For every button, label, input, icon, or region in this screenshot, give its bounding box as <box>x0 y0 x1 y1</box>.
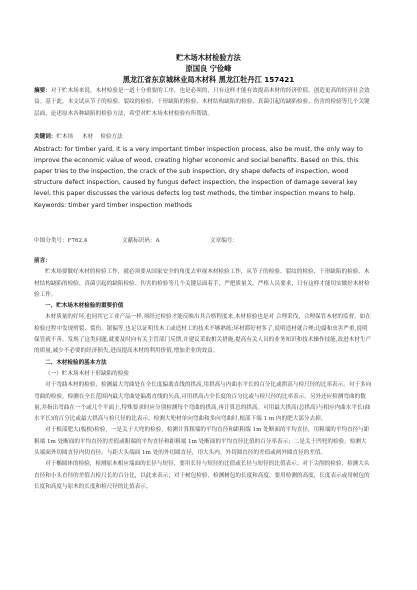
body-text: 前言： 贮木场要做好木材的检验工作，就必须要从国家安全的角度去审视木材检验工作，… <box>34 256 372 493</box>
section1-paragraph: 木材质量的好坏,也同其它工业产品一样,须经过检验才能反映出其合格程度来,木材检验… <box>34 312 372 357</box>
paper-authors: 原国良 宁俭峰 <box>0 64 417 74</box>
document-code: 文献标识码：A <box>122 236 160 244</box>
abstract-en: Abstract: for timber yard, it is a very … <box>34 144 372 199</box>
article-number: 文章编号： <box>210 236 238 244</box>
clc-number: 中图分类号：F762.4 <box>34 236 87 244</box>
paper-title: 贮木场木材检验方法 <box>0 53 417 63</box>
paragraph-butt: 对于根部肥大(板根)检验，一是关于大兜的检验，检测计算粗端的平均直径和距粗端 1… <box>34 425 372 459</box>
paragraph-ellipse: 对于椭圆体的检验，检测原木相应端面的长径与短径，要用长径与短径的比值或长径与短径… <box>34 459 372 493</box>
section1-heading: 一、贮木场木材检验的重要价值 <box>34 301 372 312</box>
keywords-cn-text: 贮木场 木材 检验方法 <box>56 134 122 140</box>
abstract-cn-label: 摘要： <box>34 88 51 94</box>
paragraph-bend: 对于弯曲木材的检验，检测最大弯曲处在全长度偏离直线的拱高,用拱高与内曲水平长的百… <box>34 380 372 425</box>
preface-label: 前言： <box>34 256 372 267</box>
section2-subheading: （一）贮木场木材干形缺陷的检验 <box>34 369 372 380</box>
abstract-cn-text: 对于贮木场来说，木材检验是一道十分重要的工序，也是必须的，只有这样才能有效提高木… <box>34 88 370 117</box>
abstract-cn: 摘要：对于贮木场来说，木材检验是一道十分重要的工序，也是必须的，只有这样才能有效… <box>34 86 372 120</box>
preface-paragraph: 贮木场要做好木材的检验工作，就必须要从国家安全的角度去审视木材检验工作，从节子的… <box>34 267 372 301</box>
paper-affiliation: 黑龙江省东京城林业局木材科 黑龙江牡丹江 157421 <box>0 75 417 85</box>
keywords-en: Keywords: timber yard timber inspection … <box>34 200 372 211</box>
section2-heading: 二、木材检验的基本方法 <box>34 358 372 369</box>
paper-page: 贮木场木材检验方法 原国良 宁俭峰 黑龙江省东京城林业局木材科 黑龙江牡丹江 1… <box>0 0 417 590</box>
keywords-cn-label: 关键词： <box>34 134 56 140</box>
keywords-cn: 关键词：贮木场 木材 检验方法 <box>34 132 372 143</box>
